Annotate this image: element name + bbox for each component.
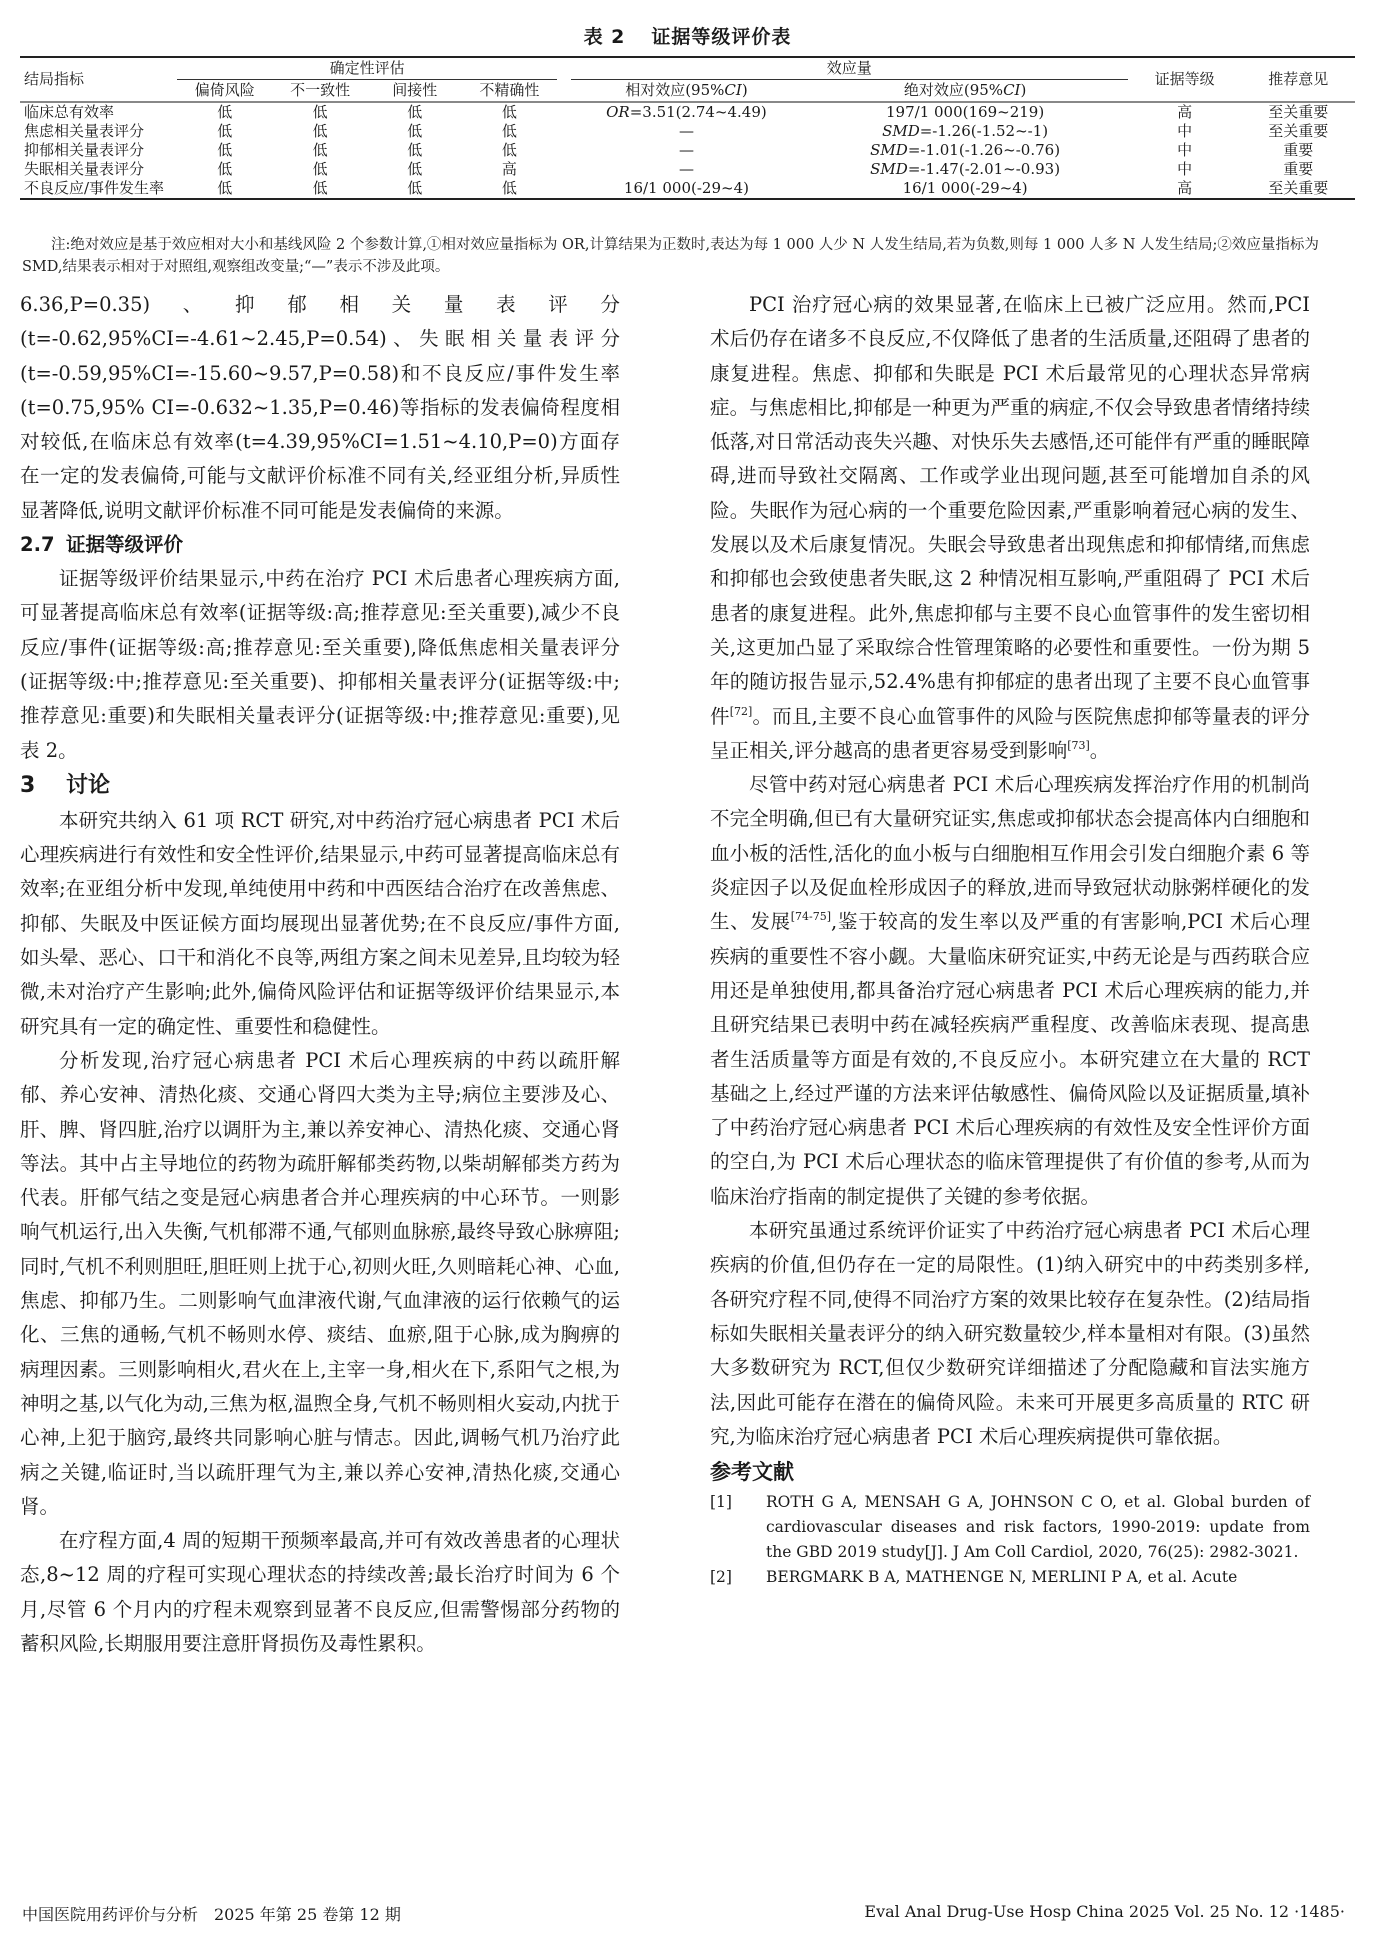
header-recommendation: 推荐意见 — [1241, 57, 1355, 102]
page-number: ·1485· — [1294, 1902, 1345, 1921]
table-number: 表 2 — [584, 26, 626, 48]
citation-72[interactable]: [72] — [730, 705, 753, 718]
paragraph-limitations: 本研究虽通过系统评价证实了中药治疗冠心病患者 PCI 术后心理疾病的价值,但仍存… — [710, 1214, 1310, 1454]
left-column: 6.36,P=0.35)、抑郁相关量表评分(t=-0.62,95%CI=-4.6… — [20, 288, 620, 1661]
table-row: 临床总有效率 低 低 低 低 OR=3.51(2.74~4.49) 197/1 … — [20, 102, 1355, 122]
header-grade: 证据等级 — [1128, 57, 1242, 102]
paragraph-pci-effects: PCI 治疗冠心病的效果显著,在临床上已被广泛应用。然而,PCI 术后仍存在诸多… — [710, 288, 1310, 768]
section-heading-3: 3讨论 — [20, 768, 620, 804]
footer-journal-en: Eval Anal Drug-Use Hosp China 2025 Vol. … — [864, 1902, 1345, 1921]
paragraph-evidence-grade: 证据等级评价结果显示,中药在治疗 PCI 术后患者心理疾病方面,可显著提高临床总… — [20, 562, 620, 768]
table-row: 失眠相关量表评分 低 低 低 高 — SMD=-1.47(-2.01~-0.93… — [20, 160, 1355, 179]
reference-item: [2] BERGMARK B A, MATHENGE N, MERLINI P … — [710, 1565, 1310, 1590]
header-indirectness: 间接性 — [368, 80, 462, 103]
table-row: 焦虑相关量表评分 低 低 低 低 — SMD=-1.26(-1.52~-1) 中… — [20, 122, 1355, 141]
header-outcome: 结局指标 — [20, 57, 177, 102]
references-heading: 参考文献 — [710, 1454, 1310, 1490]
evidence-grade-table: 结局指标 确定性评估 效应量 证据等级 推荐意见 偏倚风险 不一致性 间接性 不… — [20, 56, 1355, 200]
table-caption: 表 2证据等级评价表 — [0, 22, 1375, 49]
header-certainty: 确定性评估 — [177, 57, 557, 80]
header-inconsistency: 不一致性 — [272, 80, 367, 103]
header-relative-effect: 相对效应(95%CI) — [571, 80, 803, 103]
section-heading-2-7: 2.7证据等级评价 — [20, 528, 620, 562]
paragraph-publication-bias: 6.36,P=0.35)、抑郁相关量表评分(t=-0.62,95%CI=-4.6… — [20, 288, 620, 528]
reference-item: [1] ROTH G A, MENSAH G A, JOHNSON C O, e… — [710, 1490, 1310, 1565]
paragraph-discussion-3: 在疗程方面,4 周的短期干预频率最高,并可有效改善患者的心理状态,8~12 周的… — [20, 1524, 620, 1661]
table-title: 证据等级评价表 — [651, 26, 791, 48]
paragraph-mechanism: 尽管中药对冠心病患者 PCI 术后心理疾病发挥治疗作用的机制尚不完全明确,但已有… — [710, 768, 1310, 1214]
citation-74-75[interactable]: [74-75] — [791, 910, 831, 923]
citation-73[interactable]: [73] — [1067, 739, 1090, 752]
header-effect: 效应量 — [571, 57, 1128, 80]
table-row: 抑郁相关量表评分 低 低 低 低 — SMD=-1.01(-1.26~-0.76… — [20, 141, 1355, 160]
header-absolute-effect: 绝对效应(95%CI) — [802, 80, 1128, 103]
paragraph-discussion-1: 本研究共纳入 61 项 RCT 研究,对中药治疗冠心病患者 PCI 术后心理疾病… — [20, 804, 620, 1044]
header-imprecision: 不精确性 — [462, 80, 557, 103]
paragraph-discussion-2: 分析发现,治疗冠心病患者 PCI 术后心理疾病的中药以疏肝解郁、养心安神、清热化… — [20, 1044, 620, 1524]
footer-journal-cn: 中国医院用药评价与分析 2025 年第 25 卷第 12 期 — [22, 1902, 401, 1925]
right-column: PCI 治疗冠心病的效果显著,在临床上已被广泛应用。然而,PCI 术后仍存在诸多… — [710, 288, 1310, 1590]
table-note: 注:绝对效应是基于效应相对大小和基线风险 2 个参数计算,①相对效应量指标为 O… — [22, 234, 1355, 278]
table-row: 不良反应/事件发生率 低 低 低 低 16/1 000(-29~4) 16/1 … — [20, 179, 1355, 199]
header-risk-of-bias: 偏倚风险 — [177, 80, 272, 103]
